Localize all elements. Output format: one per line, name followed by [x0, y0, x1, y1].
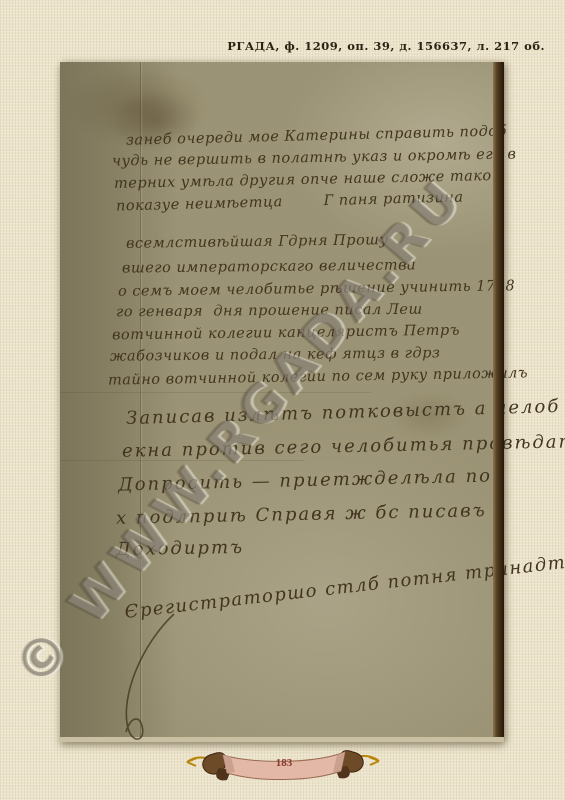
handwritten-line: вотчинной колегии канцеляристъ Петръ [112, 323, 460, 344]
handwritten-line: тайно вотчинной колегии по сем руку прил… [108, 365, 528, 388]
page-number-ribbon: 183 [183, 742, 383, 790]
handwritten-line: жабозчиков и подал на кеф ятцз в гдрз [110, 345, 441, 364]
pen-flourish [112, 610, 202, 760]
page-edge-shadow [493, 62, 504, 737]
manuscript-scan: занеб очереди мое Катерины справить подо… [60, 62, 504, 742]
handwritten-line: всемлстивѣйшая Гдрня Прошу [126, 232, 389, 252]
handwritten-line: х подлприѣ Справя ж бс писавъ [116, 500, 487, 529]
handwritten-line: терних умѣла другия опче наше сложе тако [114, 168, 492, 192]
handwritten-line: чудь не вершить в полатнѣ указ и окромѣ … [112, 146, 517, 169]
handwritten-line: вшего императорскаго величества [122, 257, 416, 276]
archive-reference: РГАДА, ф. 1209, оп. 39, д. 156637, л. 21… [227, 39, 545, 53]
handwritten-line: го генваря дня прошение писал Леш [116, 302, 423, 321]
page-number: 183 [276, 757, 293, 769]
archive-scan-page: РГАДА, ф. 1209, оп. 39, д. 156637, л. 21… [0, 0, 565, 800]
handwritten-line: о семъ моем челобитье рѣшение учинить 17… [118, 278, 515, 300]
handwritten-line: Допросить — приетжделѣла по [118, 465, 492, 495]
handwritten-line: показуе неимѣетца Г паня ратизина [116, 189, 464, 214]
handwritten-line: Доходиртъ [116, 537, 244, 560]
paper-crease [60, 392, 371, 393]
